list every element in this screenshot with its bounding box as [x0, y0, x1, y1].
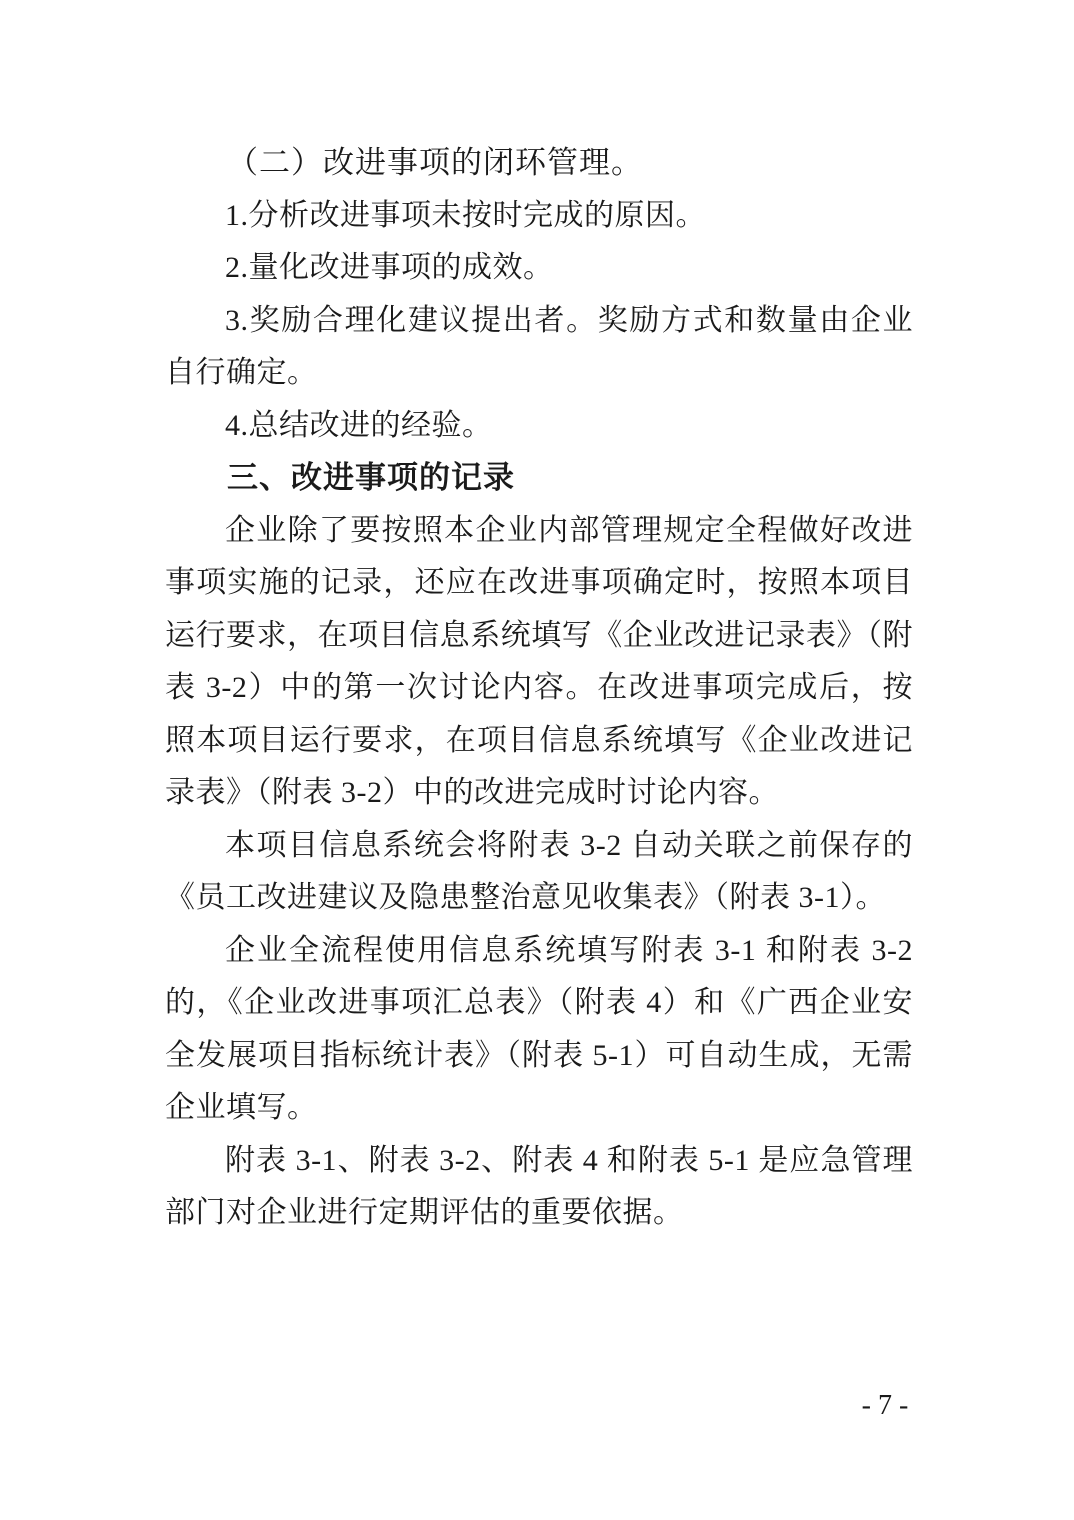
list-item-4: 4.总结改进的经验。: [165, 400, 913, 453]
document-page: （二）改进事项的闭环管理。 1.分析改进事项未按时完成的原因。 2.量化改进事项…: [0, 0, 1074, 1520]
paragraph-evaluation-basis: 附表 3-1、附表 3-2、附表 4 和附表 5-1 是应急管理部门对企业进行定…: [165, 1135, 913, 1240]
paragraph-auto-link: 本项目信息系统会将附表 3-2 自动关联之前保存的《员工改进建议及隐患整治意见收…: [165, 820, 913, 925]
page-number: - 7 -: [840, 1390, 930, 1422]
list-item-1: 1.分析改进事项未按时完成的原因。: [165, 190, 913, 243]
list-item-2: 2.量化改进事项的成效。: [165, 242, 913, 295]
list-item-3: 3.奖励合理化建议提出者。奖励方式和数量由企业自行确定。: [165, 295, 913, 400]
paragraph-record-filling: 企业除了要按照本企业内部管理规定全程做好改进事项实施的记录，还应在改进事项确定时…: [165, 505, 913, 820]
paragraph-auto-generate: 企业全流程使用信息系统填写附表 3-1 和附表 3-2 的，《企业改进事项汇总表…: [165, 925, 913, 1135]
subheading-closed-loop-management: （二）改进事项的闭环管理。: [165, 137, 913, 190]
section-heading-records: 三、改进事项的记录: [165, 452, 913, 505]
document-body: （二）改进事项的闭环管理。 1.分析改进事项未按时完成的原因。 2.量化改进事项…: [165, 137, 913, 1240]
